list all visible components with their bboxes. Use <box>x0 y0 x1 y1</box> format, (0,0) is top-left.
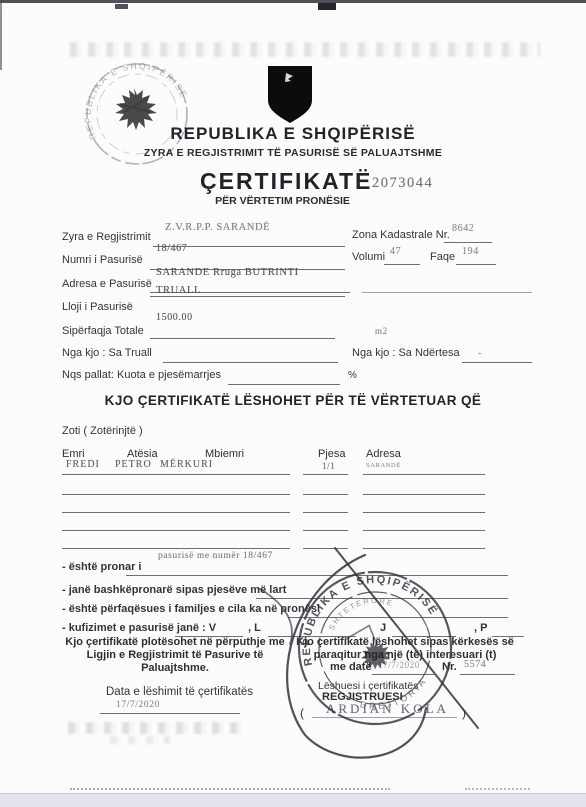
scan-border-top <box>0 0 586 3</box>
field-unit-m2: m2 <box>375 326 388 336</box>
field-label-volumi: Volumi <box>352 251 385 263</box>
certificate-title: ÇERTIFIKATË <box>200 168 365 195</box>
owner-mbiemri: MËRKURI <box>160 459 213 470</box>
owners-row-line <box>303 512 348 513</box>
clause-kufizimet-p: , P <box>474 622 487 634</box>
field-value-volumi: 47 <box>390 246 401 257</box>
certificate-page: REPUBLIKA E SHQIPËRISË REPUBLIKA E SHQIP… <box>0 0 586 807</box>
owners-row-line <box>62 494 290 495</box>
certificate-subtitle: PËR VËRTETIM PRONËSIE <box>200 195 365 207</box>
seal-eagle <box>343 622 395 677</box>
field-line <box>456 264 496 265</box>
field-value-numri: 18/467 <box>156 243 187 254</box>
owners-row-line <box>303 548 348 549</box>
field-label-lloji: Lloji i Pasurisë <box>62 301 133 313</box>
clause-kufizimet-l: , L <box>248 622 261 634</box>
owners-row-line <box>363 548 485 549</box>
owners-row-line <box>62 474 290 475</box>
bleed-through-smudge <box>110 736 170 744</box>
owners-row-line <box>303 474 348 475</box>
owner-adresa: SARANDË <box>366 462 401 469</box>
scan-artifact-dash <box>318 3 336 10</box>
field-label-sa-ndertesa: Nga kjo : Sa Ndërtesa <box>352 347 460 359</box>
owners-row-line <box>363 512 485 513</box>
issue-date-line <box>100 713 240 714</box>
field-line <box>444 242 492 243</box>
seal-text-bottom: DREJTORIA <box>356 673 433 720</box>
clause-kufizimet: - kufizimet e pasurisë janë : V <box>62 622 216 634</box>
field-label-adresa: Adresa e Pasurisë <box>62 278 152 290</box>
nr-value: 5574 <box>464 659 486 670</box>
statement-heading: KJO ÇERTIFIKATË LËSHOHET PËR TË VËRTETUA… <box>0 393 586 408</box>
nr-line <box>460 674 515 675</box>
scan-bottom-strip <box>0 793 586 807</box>
field-line <box>163 362 338 363</box>
registrar-paren-close: ) <box>462 706 466 720</box>
owners-row-line <box>303 494 348 495</box>
field-line <box>228 384 340 385</box>
footer-left-note-1: Kjo çertifikatë plotësohet në përputhje … <box>50 636 300 648</box>
owner-emri: FREDI <box>66 459 100 470</box>
field-label-sa-truall: Nga kjo : Sa Truall <box>62 347 152 359</box>
owners-row-line <box>363 474 485 475</box>
clause-bashkepronare: - janë bashkëpronarë sipas pjesëve më la… <box>62 584 286 596</box>
field-value-faqe: 194 <box>462 246 479 257</box>
field-label-numri: Numri i Pasurisë <box>62 254 143 266</box>
owners-col-adresa: Adresa <box>366 448 401 460</box>
field-value-sa-ndertesa: - <box>478 348 482 359</box>
clause-perfaqesues: - është përfaqësues i familjes e cila ka… <box>62 603 320 615</box>
field-line <box>150 338 335 339</box>
field-line <box>462 362 532 363</box>
owners-row-line <box>303 530 348 531</box>
field-label-zyra: Zyra e Regjistrimit <box>62 231 151 243</box>
republic-title: REPUBLIKA E SHQIPËRISË <box>0 124 586 144</box>
bleed-through-smudge <box>68 722 243 734</box>
clause-pronar: - është pronar i <box>62 561 141 573</box>
scan-border-left <box>0 0 2 70</box>
scan-artifact-dash <box>115 4 128 9</box>
official-seal-stamp: REPUBLIKA E SHQIPËRISË DREJTORIA SHTETER… <box>290 563 460 733</box>
issue-date-label: Data e lëshimit të çertifikatës <box>106 686 253 698</box>
owners-row-line <box>363 530 485 531</box>
svg-text:DREJTORIA: DREJTORIA <box>356 673 433 720</box>
field-line <box>362 292 532 293</box>
field-value-zyra: Z.V.R.P.P. SARANDË <box>165 222 270 233</box>
field-label-siperfaqja: Sipërfaqja Totale <box>62 325 144 337</box>
owners-label: Zoti ( Zotërinjtë ) <box>62 425 143 437</box>
field-label-kuota: Nqs pallat: Kuota e pjesëmarrjes <box>62 369 221 381</box>
field-label-faqe: Faqe <box>430 251 455 263</box>
scan-dotted-line <box>70 788 390 790</box>
field-value-adresa: SARANDE Rruga BUTRINTI <box>156 267 299 278</box>
owners-row-line <box>363 494 485 495</box>
field-line <box>150 296 345 297</box>
property-note: pasurisë me numër 18/467 <box>158 551 273 561</box>
scan-dotted-line <box>465 788 530 790</box>
owners-row-line <box>62 530 290 531</box>
footer-left-note-2: Ligjin e Regjistrimit të Pasurive të <box>50 649 300 661</box>
certificate-serial: 2073044 <box>372 175 433 192</box>
corner-stamp: REPUBLIKA E SHQIPËRISË <box>76 52 198 180</box>
owners-col-pjesa: Pjesa <box>318 448 346 460</box>
owner-pjesa: 1/1 <box>322 461 335 471</box>
owner-atesia: PETRO <box>115 459 152 470</box>
issue-date-value: 17/7/2020 <box>116 700 160 710</box>
field-unit-percent: % <box>348 370 357 381</box>
field-value-siperfaqja: 1500.00 <box>156 312 193 323</box>
footer-left-note-3: Paluajtshme. <box>50 662 300 674</box>
office-subtitle: ZYRA E REGJISTRIMIT TË PASURISË SË PALUA… <box>0 147 586 159</box>
field-label-zona: Zona Kadastrale Nr. <box>352 229 450 241</box>
field-value-lloji: TRUALL <box>156 285 201 296</box>
field-line <box>384 264 420 265</box>
field-value-zona: 8642 <box>452 223 474 234</box>
owners-row-line <box>62 548 290 549</box>
national-emblem <box>266 64 314 126</box>
owners-row-line <box>62 512 290 513</box>
